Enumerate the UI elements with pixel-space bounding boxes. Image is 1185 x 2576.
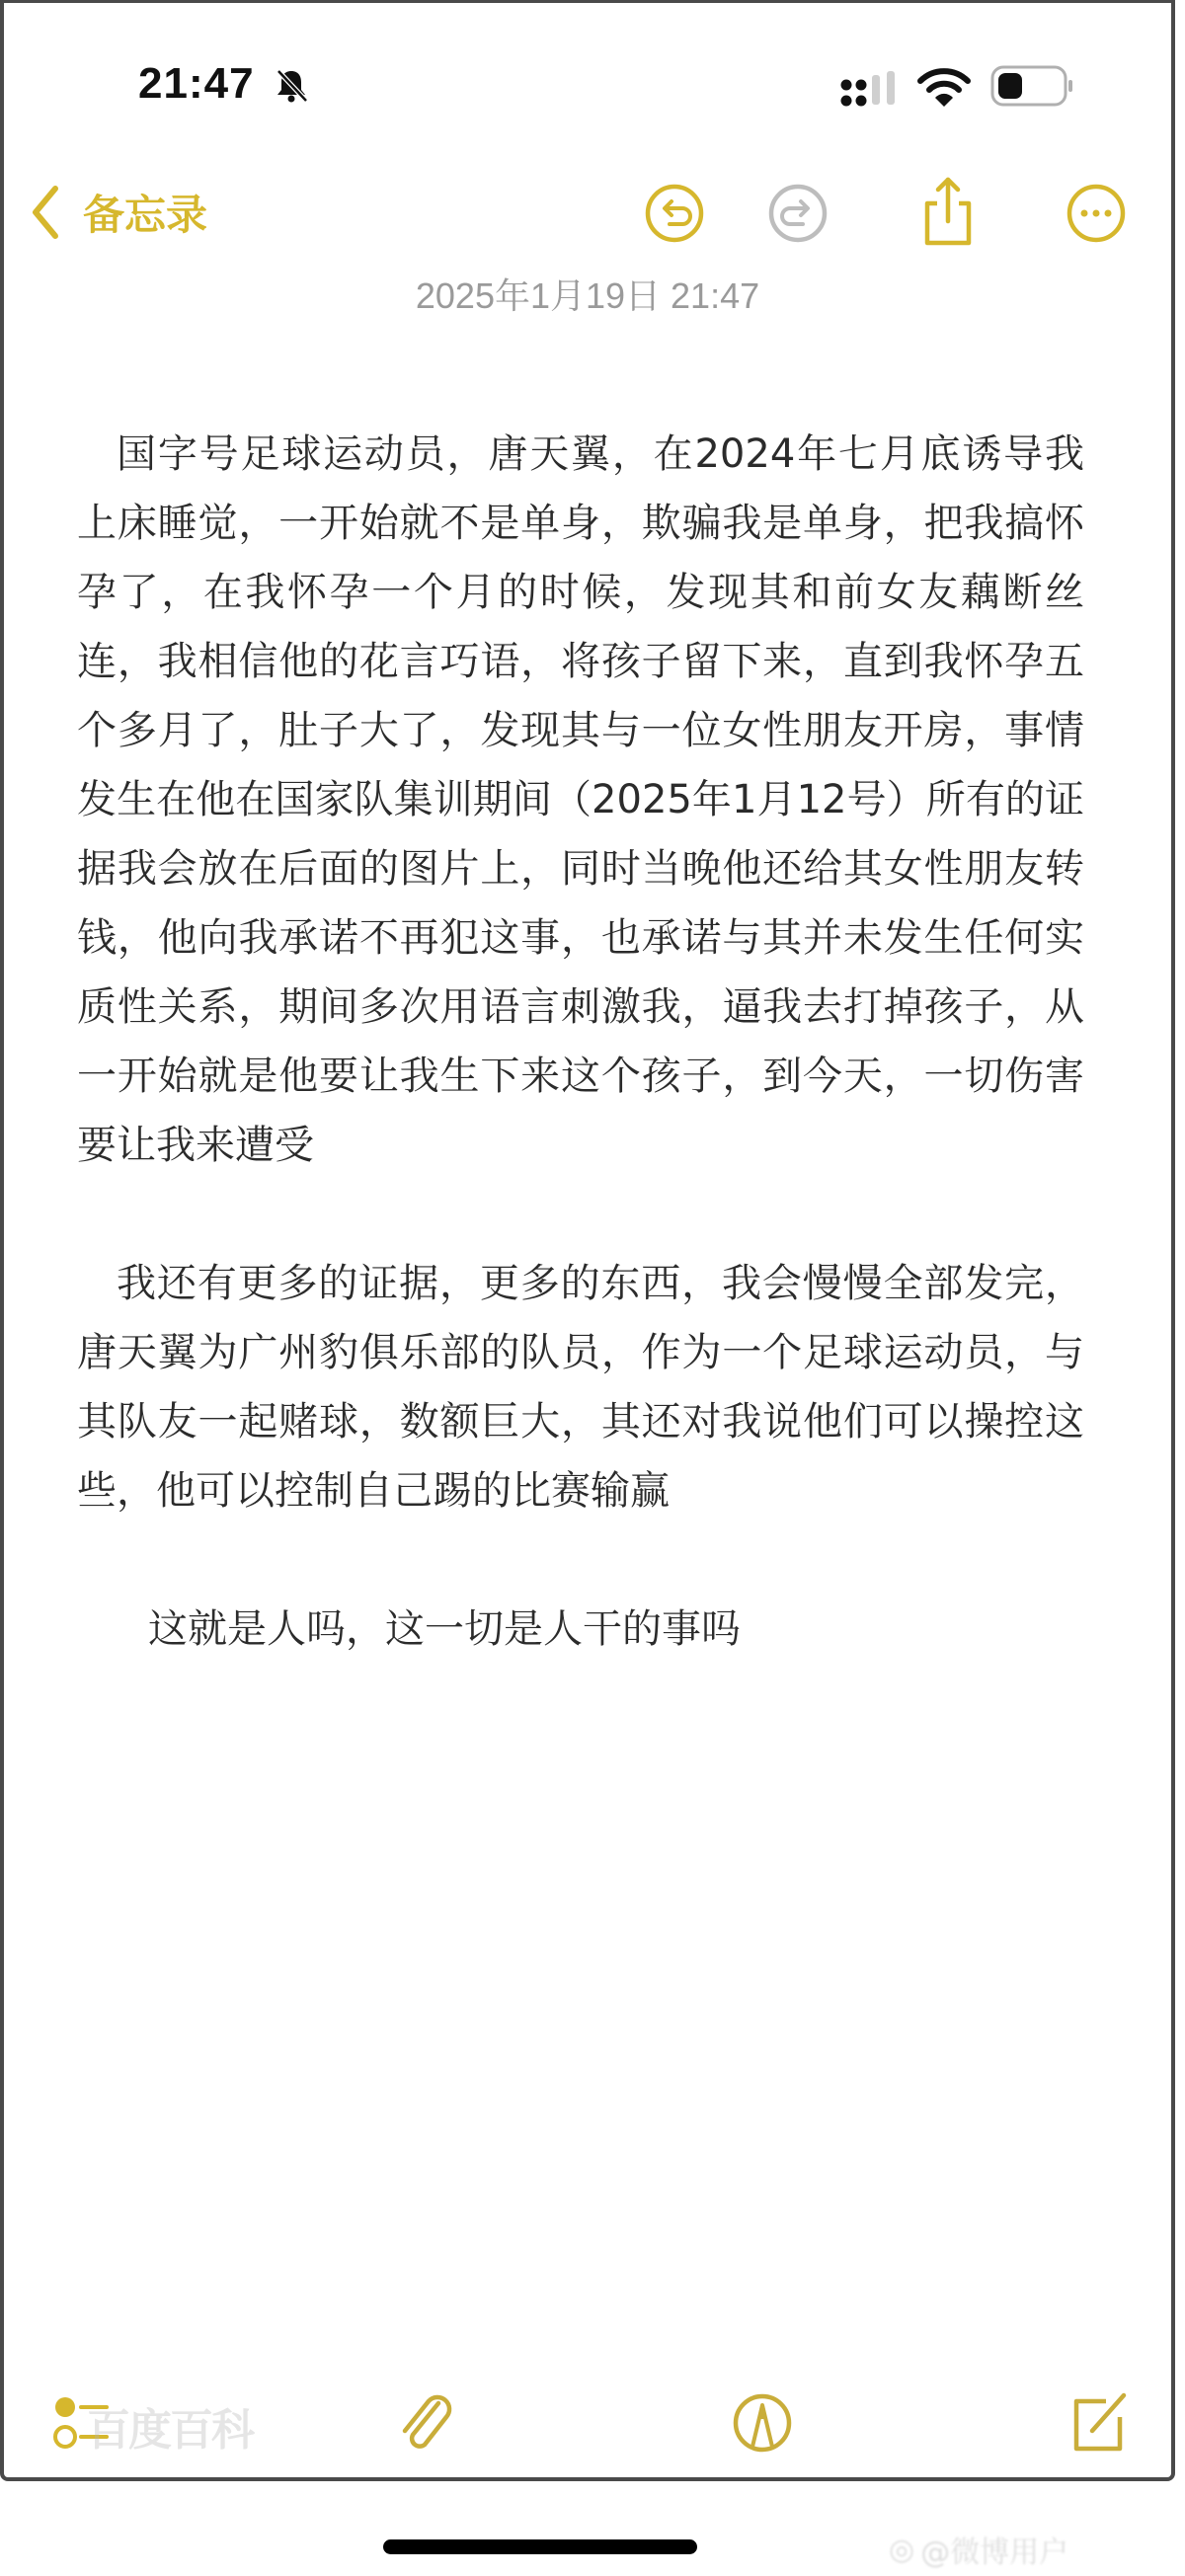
status-time: 21:47: [138, 59, 255, 109]
back-button[interactable]: 备忘录: [28, 178, 207, 247]
watermark-left: 百度百科: [87, 2394, 253, 2458]
watermark-right-text: @微博用户: [920, 2528, 1068, 2571]
note-body[interactable]: 国字号足球运动员，唐天翼，在2024年七月底诱导我上床睡觉，一开始就不是单身，欺…: [77, 420, 1084, 1664]
chevron-left-icon: [28, 183, 63, 242]
battery-icon: [990, 65, 1075, 107]
bell-slash-icon: [272, 65, 311, 105]
cellular-signal-icon: [839, 71, 901, 109]
markup-icon[interactable]: [731, 2389, 794, 2457]
weibo-logo-icon: ◎: [889, 2533, 914, 2567]
share-icon[interactable]: [917, 176, 979, 247]
redo-icon[interactable]: [767, 183, 829, 244]
compose-icon[interactable]: [1066, 2389, 1130, 2457]
note-date: 2025年1月19日 21:47: [0, 269, 1175, 319]
watermark-right: ◎ @微博用户: [889, 2528, 1068, 2571]
wifi-icon: [916, 65, 972, 109]
more-icon[interactable]: [1066, 183, 1127, 244]
note-paragraph: 国字号足球运动员，唐天翼，在2024年七月底诱导我上床睡觉，一开始就不是单身，欺…: [77, 420, 1084, 1180]
undo-icon[interactable]: [644, 183, 705, 244]
back-label: 备忘录: [83, 183, 207, 242]
note-paragraph: 我还有更多的证据，更多的东西，我会慢慢全部发完，唐天翼为广州豹俱乐部的队员，作为…: [77, 1249, 1084, 1525]
note-paragraph: 这就是人吗，这一切是人干的事吗: [77, 1595, 1084, 1664]
attachment-icon[interactable]: [395, 2389, 458, 2457]
home-indicator[interactable]: [383, 2539, 697, 2554]
